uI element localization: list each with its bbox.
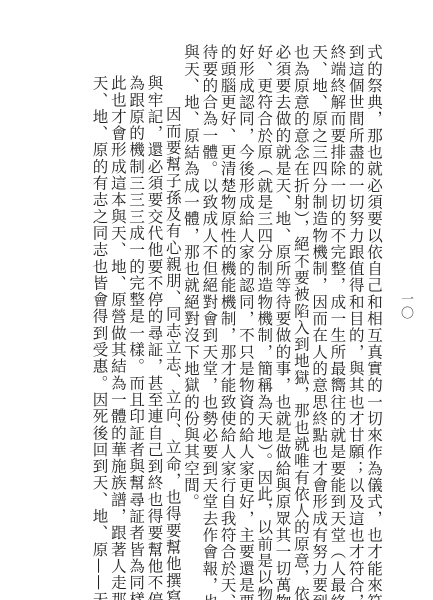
page-number: 一〇 — [396, 292, 415, 320]
text-column: 也為原意的意念在折射），絕不要被陷入到地獄，那也就唯有依人的原意，依人原本所 — [292, 44, 310, 574]
text-column: 待要的合為一體。以致成人不但絕對會到天堂，也勢必要到天堂去作會報，也為勢必要 — [200, 44, 218, 574]
vertical-text-body: 式的祭典，那也就必須要以依自己和相互真實的一切來作為儀式，也才能來符合，人來 到… — [90, 44, 383, 574]
text-column: 為跟原的機制三三三成一的完整是一樣。而且印証者與幫尋証者皆為同樣的受惠，於 — [127, 44, 145, 574]
text-column: 好、更符合於原（就是三四分制造物機制，簡稱為天地）。因此，以前是以物資給人家更 — [255, 44, 273, 574]
text-column: 的頭腦更好、更清楚物原性的機能機制，那才能致使給人家行自我符合於天、地、原所 — [218, 44, 236, 574]
text-column: 天、地、原之三四分制造物機制，因而在人的意思終點也才會形成有努力要到天堂，這 — [310, 44, 328, 574]
text-column: 因而要幫子孫及有心親朋、同志立志、立向、立命，也得要幫他撰寫記載在族譜給 — [163, 44, 181, 574]
text-column: 與牢記，還必須要交代他要不停的尋証，甚至連自己到終也得要幫他不停的尋証，那才 — [145, 44, 163, 574]
text-column: 與天、地、原結為成一體，那也就絕對沒下地獄的份與其空間。 — [182, 44, 200, 574]
paragraph-2: 因而要幫子孫及有心親朋、同志立志、立向、立命，也得要幫他撰寫記載在族譜給 與牢記… — [90, 44, 181, 574]
text-column: 好形成認同，今後形成給人家的認同，不只是物資的給人家更好，主要還是要能給人家 — [237, 44, 255, 574]
text-column: 此也才會形成這本與天、地、原營做其結為一體的華施族譜，跟著人走那裡面共同在作 — [109, 44, 127, 574]
text-column: 天、地、原的有志之同志也皆會得到受惠。因死後回到天、地、原——天堂報告工作已有 — [90, 44, 108, 574]
paragraph-1: 式的祭典，那也就必須要以依自己和相互真實的一切來作為儀式，也才能來符合，人來 到… — [182, 44, 383, 574]
text-column: 式的祭典，那也就必須要以依自己和相互真實的一切來作為儀式，也才能來符合，人來 — [365, 44, 383, 574]
text-column: 必須要去做的就是天、地、原所等待要做的事，也就是做給與原眾其一切萬物皆能更 — [273, 44, 291, 574]
text-column: 到這個世間所盡的一切努力跟值得和目的，與其也才甘願；以及這也才符合，以依人為 — [346, 44, 364, 574]
text-column: 終端終解而要排除一切的不完整，成一生所最嚮往的就是要能到天堂（人最終要做符合 — [328, 44, 346, 574]
